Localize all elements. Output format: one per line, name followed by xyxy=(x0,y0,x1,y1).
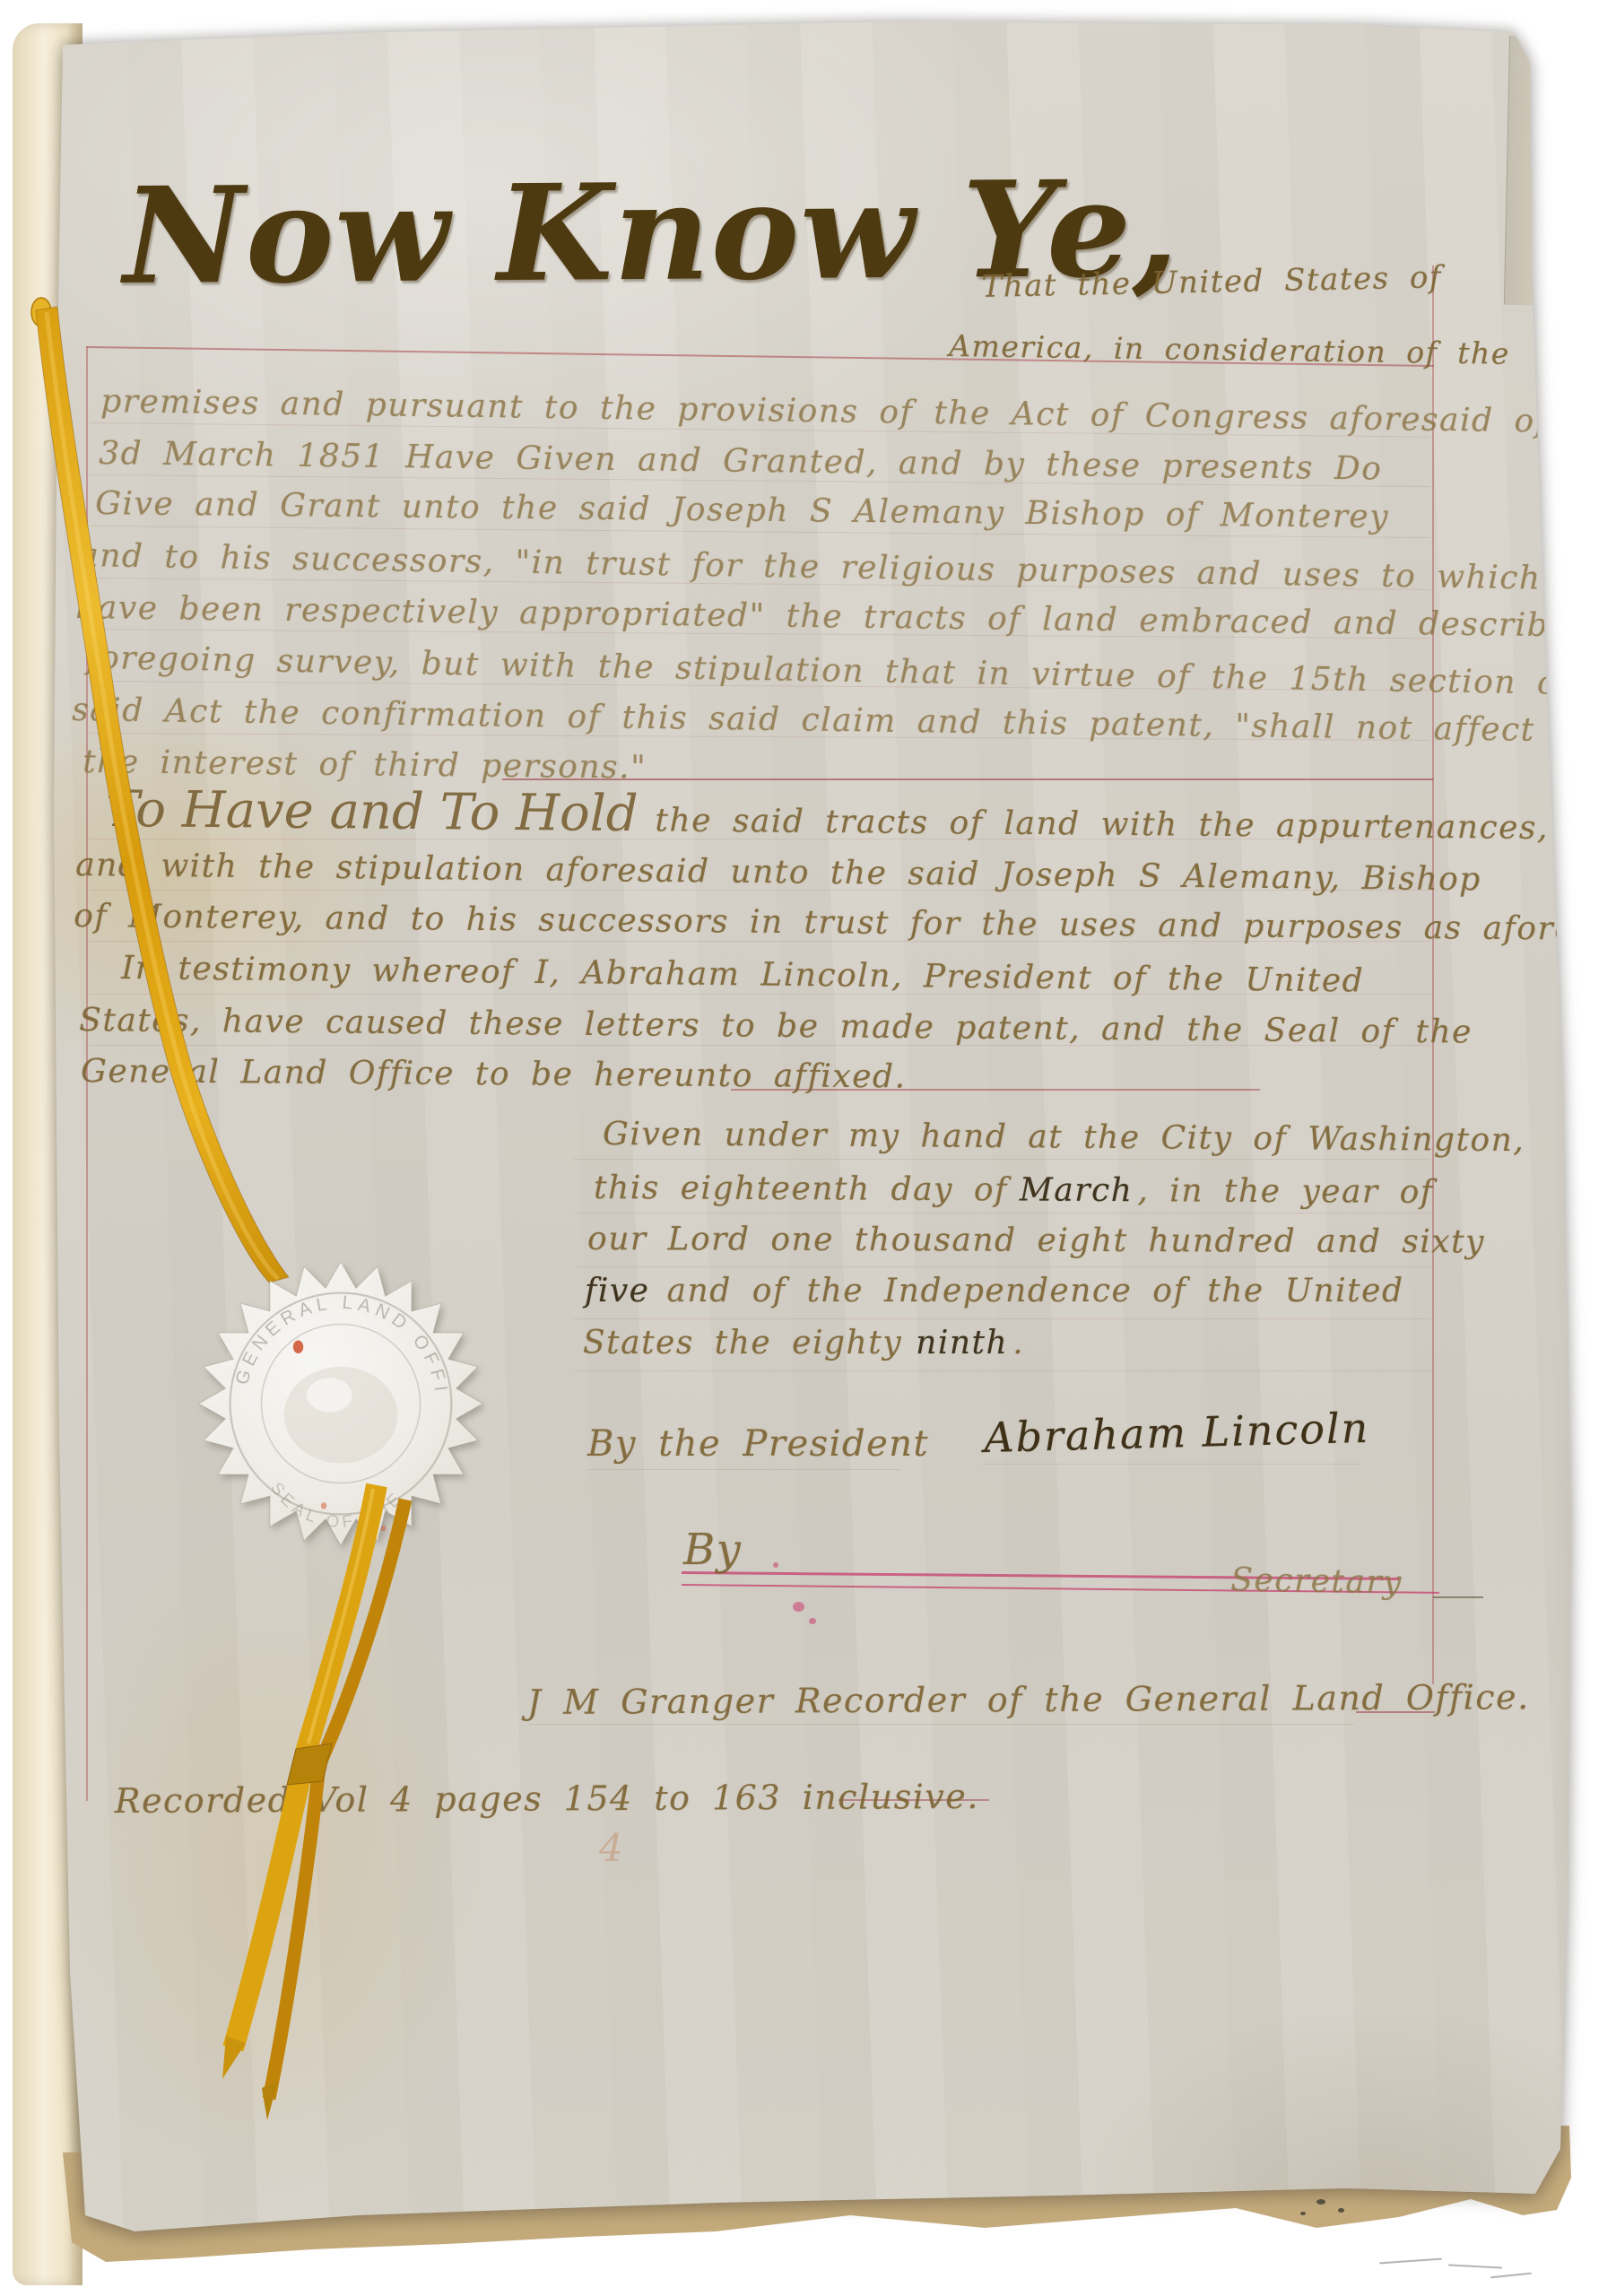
attestation-month-word: March xyxy=(1020,1171,1134,1209)
recording-line: Recorded Vol 4 pages 154 to 163 inclusiv… xyxy=(115,1779,979,1821)
intro-line-1: That the United States of xyxy=(981,261,1442,304)
testimonium-line-3: General Land Office to be hereunto affix… xyxy=(81,1054,907,1095)
baseline-rule xyxy=(529,1724,1354,1725)
intro-line-2: America, in consideration of the xyxy=(949,330,1510,370)
edge-speck xyxy=(1316,2199,1325,2205)
attestation-line-5-post: . xyxy=(1012,1325,1024,1361)
body-line-2: 3d March 1851 Have Given and Granted, an… xyxy=(99,436,1383,487)
seal-red-speck xyxy=(321,1502,326,1509)
body-line-7: said Act the confirmation of this said c… xyxy=(72,692,1535,748)
by-the-president-label: By the President xyxy=(587,1424,929,1464)
general-land-office-embossed-seal: GENERAL LAND OFFICE SEAL OF THE xyxy=(185,1248,497,1560)
baseline-rule xyxy=(982,1464,1359,1465)
attestation-line-3: our Lord one thousand eight hundred and … xyxy=(587,1222,1485,1260)
baseline-rule xyxy=(574,1318,1430,1319)
page-top-shadow xyxy=(63,0,942,12)
testimonium-line-2: States, have caused these letters to be … xyxy=(79,1003,1473,1050)
faint-page-mark: 4 xyxy=(599,1828,623,1869)
body-line-5: have been respectively appropriated" the… xyxy=(75,590,1616,646)
dash-after-secretary xyxy=(1433,1596,1483,1598)
seal-red-wax-dot xyxy=(293,1340,303,1353)
by-label: By xyxy=(683,1526,742,1574)
attestation-five-word: five xyxy=(585,1273,649,1309)
margin-rule-right xyxy=(1432,265,1434,1684)
baseline-rule xyxy=(574,1159,1430,1160)
baseline-rule xyxy=(574,1370,1430,1371)
page-corner-crease xyxy=(1504,36,1541,306)
lincoln-signature: Abraham Lincoln xyxy=(984,1405,1370,1461)
attestation-line-1: Given under my hand at the City of Washi… xyxy=(603,1117,1525,1159)
testimonium-line-1: In testimony whereof I, Abraham Lincoln,… xyxy=(121,951,1364,999)
baseline-rule xyxy=(587,1469,901,1470)
body-line-1: premises and pursuant to the provisions … xyxy=(100,384,1549,439)
attestation-line-5: States the eighty ninth . xyxy=(583,1326,1024,1361)
baseline-rule xyxy=(574,1266,1430,1267)
edge-speck xyxy=(1300,2212,1306,2215)
attestation-line-5-pre: States the eighty xyxy=(583,1325,902,1361)
scanned-land-patent-document: Now Know Ye, That the United States of A… xyxy=(0,0,1616,2296)
body-line-8: the interest of third persons." xyxy=(83,744,647,786)
ink-splotch xyxy=(773,1562,778,1568)
baseline-rule xyxy=(574,1213,1430,1213)
body-line-6: foregoing survey, but with the stipulati… xyxy=(86,640,1616,703)
ink-splotch xyxy=(793,1602,804,1612)
secretary-label: Secretary xyxy=(1230,1562,1403,1601)
recorder-line: J M Granger Recorder of the General Land… xyxy=(527,1679,1530,1722)
habendum-lead-words: To Have and To Hold xyxy=(106,780,639,843)
parchment-page: Now Know Ye, That the United States of A… xyxy=(0,0,1616,2296)
seal-red-speck xyxy=(381,1526,387,1531)
attestation-ninth-word: ninth xyxy=(916,1325,1008,1361)
attestation-line-4-rest: and of the Independence of the United xyxy=(667,1273,1404,1309)
habendum-line-1-rest: the said tracts of land with the appurte… xyxy=(655,802,1549,847)
attestation-line-4: five and of the Independence of the Unit… xyxy=(585,1274,1404,1309)
edge-speck xyxy=(1338,2208,1344,2213)
ink-splotch xyxy=(809,1618,816,1624)
body-line-4: and to his successors, "in trust for the… xyxy=(79,538,1616,600)
seal-center-highlight xyxy=(307,1378,352,1413)
parchment-page-wrap: Now Know Ye, That the United States of A… xyxy=(0,0,1616,2296)
attestation-line-2-post: , in the year of xyxy=(1137,1172,1433,1211)
habendum-line-1: To Have and To Hold the said tracts of l… xyxy=(106,782,1549,850)
attestation-line-2-pre: this eighteenth day of xyxy=(594,1170,1008,1208)
attestation-line-2: this eighteenth day of March , in the ye… xyxy=(594,1170,1434,1210)
